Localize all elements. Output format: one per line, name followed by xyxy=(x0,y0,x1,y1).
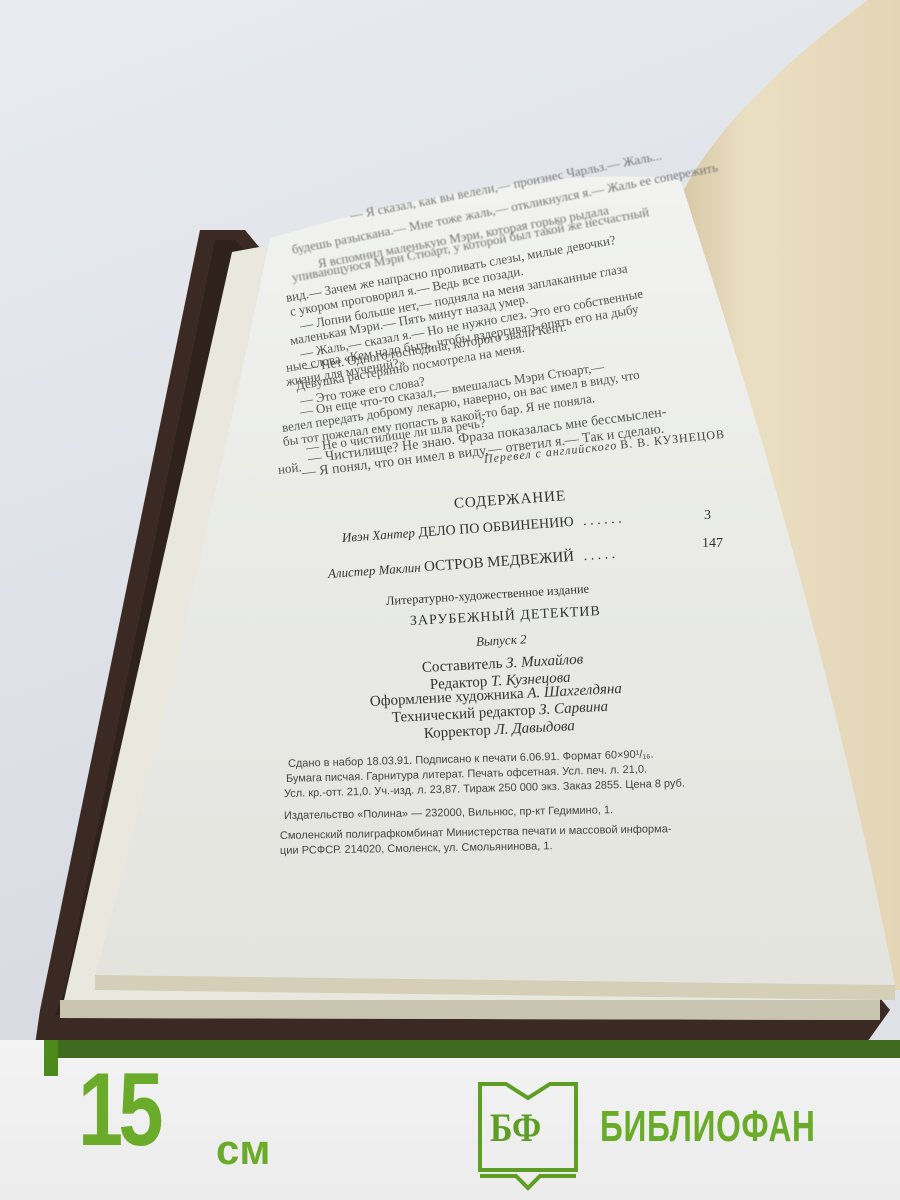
story-line: ной. xyxy=(277,459,302,478)
edition-type: Литературно-художественное издание xyxy=(386,582,590,609)
contents-work-title: ДЕЛО ПО ОБВИНЕНИЮ xyxy=(418,515,574,541)
contents-dots: . . . . . xyxy=(583,547,615,564)
ruler-tick xyxy=(44,1040,58,1076)
contents-author: Алистер Маклин xyxy=(327,560,421,581)
credit-name: Л. Давыдова xyxy=(494,718,575,738)
credit-role: Корректор xyxy=(424,723,492,742)
contents-author: Ивэн Хантер xyxy=(341,525,415,545)
contents-dots: . . . . . . xyxy=(583,511,622,529)
contents-page-number: 3 xyxy=(704,508,711,524)
series-title: ЗАРУБЕЖНЫЙ ДЕТЕКТИВ xyxy=(410,604,602,630)
brand-abbr: БФ xyxy=(490,1104,541,1151)
ruler-bar xyxy=(44,1040,900,1058)
credit-name: З. Михайлов xyxy=(506,652,584,672)
publisher-line: Издательство «Полина» — 232000, Вильнюс,… xyxy=(284,804,613,822)
printer-line: Смоленский полиграфкомбинат Министерства… xyxy=(280,823,672,842)
brand-name: БИБЛИОФАН xyxy=(600,1102,816,1152)
issue-number: Выпуск 2 xyxy=(476,631,527,650)
credit-name: З. Сарвина xyxy=(539,699,609,719)
ruler-unit: см xyxy=(216,1126,270,1174)
contents-title: СОДЕРЖАНИЕ xyxy=(453,488,566,513)
contents-work-title: ОСТРОВ МЕДВЕЖИЙ xyxy=(424,549,575,575)
ruler-value: 15 xyxy=(78,1058,159,1162)
contents-item: Ивэн Хантер ДЕЛО ПО ОБВИНЕНИЮ . . . . . … xyxy=(341,510,622,547)
contents-page-number: 147 xyxy=(702,536,723,552)
contents-item: Алистер Маклин ОСТРОВ МЕДВЕЖИЙ . . . . . xyxy=(327,546,615,583)
printer-line: ции РСФСР. 214020, Смоленск, ул. Смольян… xyxy=(280,840,553,857)
page-text: — Я сказал, как вы велели,— произнес Чар… xyxy=(0,0,900,1060)
